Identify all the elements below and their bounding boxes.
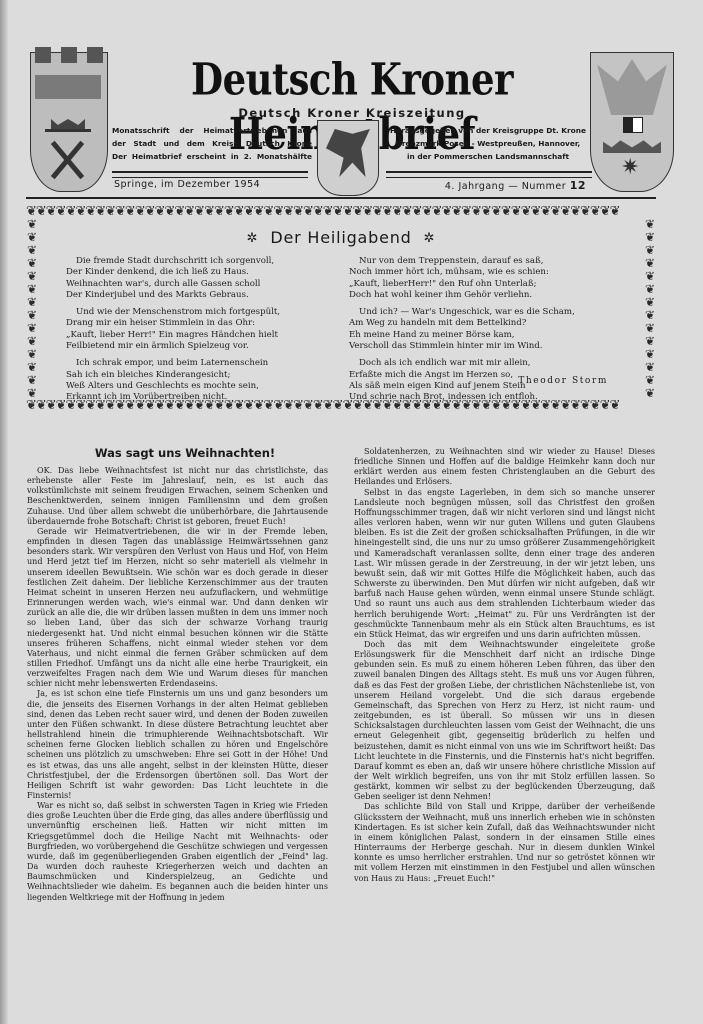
griffin-shield-icon [317, 120, 379, 196]
poem-stanza: Und ich? — War's Ungeschick, war es die … [349, 307, 619, 352]
newspaper-subtitle: Deutsch Kroner Kreiszeitung [112, 106, 592, 120]
article-paragraph: OK. Das liebe Weihnachtsfest ist nicht n… [27, 466, 328, 527]
poem-title: ✲Der Heiligabend✲ [26, 228, 656, 247]
left-coat-of-arms-icon [30, 52, 108, 192]
article-column-left: OK. Das liebe Weihnachtsfest ist nicht n… [27, 466, 328, 903]
issue-number: 12 [570, 179, 586, 192]
publisher-info: Herausgegeben von der Kreisgruppe Dt. Kr… [384, 124, 592, 163]
poem-line: Eh meine Hand zu meiner Börse kam, [349, 330, 619, 341]
article-column-right: Soldatenherzen, zu Weihnachten sind wir … [354, 447, 655, 884]
garland-border-icon: ❦❦❦❦❦❦❦❦❦❦❦❦❦❦❦❦❦❦❦❦❦❦❦❦❦❦❦❦❦❦❦❦❦❦❦❦❦❦❦❦… [26, 206, 656, 218]
poem-line: Und ich? — War's Ungeschick, war es die … [349, 307, 619, 318]
article-paragraph: Doch das mit dem Weihnachtswunder eingel… [354, 640, 655, 803]
article-title: Was sagt uns Weihnachten! [40, 446, 330, 460]
masthead: Deutsch Kroner Heimatbrief Deutsch Krone… [26, 52, 676, 192]
dateline: Springe, im Dezember 1954 [114, 179, 260, 190]
poem-line: Weß Alters und Geschlechts es mochte sei… [66, 381, 336, 392]
article-paragraph: Ja, es ist schon eine tiefe Finsternis u… [27, 689, 328, 801]
poem-line: Noch immer hört ich, mühsam, wie es schi… [349, 267, 619, 278]
article-paragraph: Gerade wir Heimatvertriebenen, die wir i… [27, 527, 328, 690]
poem-line: Doch als ich endlich war mit mir allein, [349, 358, 619, 369]
double-rule [112, 171, 308, 178]
right-coat-of-arms-icon: ✷ [590, 52, 674, 192]
poem-line: Die fremde Stadt durchschritt ich sorgen… [66, 256, 336, 267]
article-paragraph: Das schlichte Bild von Stall und Krippe,… [354, 802, 655, 883]
poem-line: Erkannt ich im Vorübertreiben nicht. [66, 392, 336, 403]
poem-line: Und wie der Menschenstrom mich fortgespü… [66, 307, 336, 318]
poem-line: Drang mir ein heiser Stimmlein in das Oh… [66, 318, 336, 329]
poem-stanza: Und wie der Menschenstrom mich fortgespü… [66, 307, 336, 352]
poem-line: „Kauft, lieber Herr!" Ein magres Händche… [66, 330, 336, 341]
publication-description: Monatsschrift der Heimatvertriebenen aus… [112, 124, 312, 163]
poem-line: Der Kinderjubel und des Markts Gebraus. [66, 290, 336, 301]
poem-author: Theodor Storm [518, 376, 608, 386]
ornament-star-icon: ✲ [247, 231, 259, 246]
article-paragraph: Soldatenherzen, zu Weihnachten sind wir … [354, 447, 655, 488]
poem-line: Am Weg zu handeln mit dem Bettelkind? [349, 318, 619, 329]
article-paragraph: War es nicht so, daß selbst in schwerste… [27, 801, 328, 903]
masthead-rule [26, 197, 656, 199]
poem-line: Nur von dem Treppenstein, darauf es saß, [349, 256, 619, 267]
poem-stanza: Die fremde Stadt durchschritt ich sorgen… [66, 256, 336, 301]
poem-line: Verscholl das Stimmlein hinter mir im Wi… [349, 341, 619, 352]
poem-line: Ich schrak empor, und beim Laternenschei… [66, 358, 336, 369]
ornament-star-icon: ✲ [424, 231, 436, 246]
poem-line: „Kauft, lieberHerr!" den Ruf ohn Unterla… [349, 279, 619, 290]
poem-stanza: Nur von dem Treppenstein, darauf es saß,… [349, 256, 619, 301]
poem-line: Doch hat wohl keiner ihm Gehör verliehn. [349, 290, 619, 301]
poem-line: Feilbietend mir ein ärmlich Spielzeug vo… [66, 341, 336, 352]
poem-line: Weihnachten war's, durch alle Gassen sch… [66, 279, 336, 290]
poem-column-left: Die fremde Stadt durchschritt ich sorgen… [66, 256, 336, 410]
poem-stanza: Ich schrak empor, und beim Laternenschei… [66, 358, 336, 403]
poem-box: ❦❦❦❦❦❦❦❦❦❦❦❦❦❦❦❦❦❦❦❦❦❦❦❦❦❦❦❦❦❦❦❦❦❦❦❦❦❦❦❦… [26, 206, 656, 412]
poem-line: Und schrie nach Brot, indessen ich entfl… [349, 392, 619, 403]
page-edge-shadow [0, 0, 8, 1024]
article-paragraph: Selbst in das engste Lagerleben, in dem … [354, 488, 655, 640]
issue-info: 4. Jahrgang — Nummer 12 [445, 179, 586, 192]
poem-line: Sah ich ein bleiches Kinderangesicht; [66, 370, 336, 381]
double-rule [386, 171, 592, 178]
poem-column-right: Nur von dem Treppenstein, darauf es saß,… [349, 256, 619, 410]
poem-line: Der Kinder denkend, die ich ließ zu Haus… [66, 267, 336, 278]
